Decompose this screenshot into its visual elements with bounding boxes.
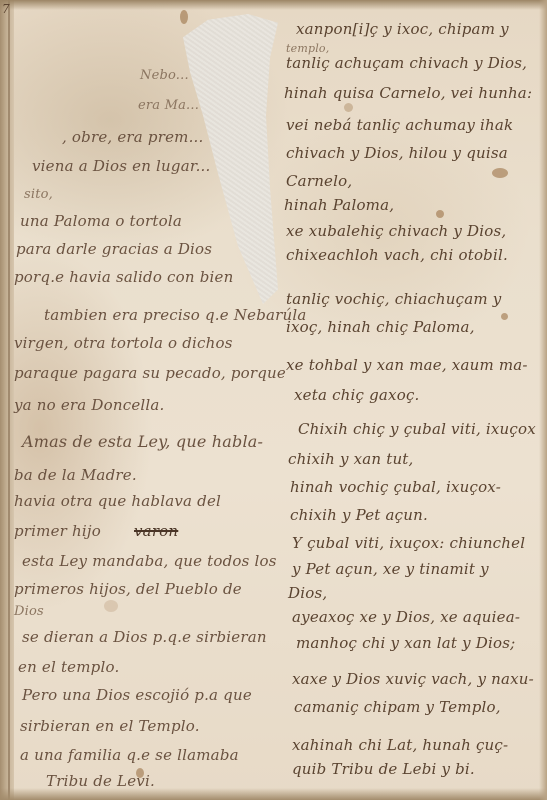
spanish-line: ba de la Madre. <box>14 466 137 484</box>
kaqchikel-line: tanliç vochiç, chiachuçam y <box>286 290 501 308</box>
spanish-line: primer hijo <box>14 522 101 540</box>
kaqchikel-line: Carnelo, <box>286 172 352 190</box>
spanish-line: esta Ley mandaba, que todos los <box>22 552 277 570</box>
kaqchikel-line: y Pet açun, xe y tinamit y <box>292 560 489 578</box>
kaqchikel-line: chivach y Dios, hilou y quisa <box>286 144 508 162</box>
ink-stain <box>492 168 508 178</box>
top-edge <box>0 0 547 10</box>
kaqchikel-line: ayeaxoç xe y Dios, xe aquiea- <box>292 608 520 626</box>
spanish-line: para darle gracias a Dios <box>16 240 212 258</box>
spanish-line: Pero una Dios escojió p.a que <box>22 686 252 704</box>
spanish-line: a una familia q.e se llamaba <box>20 746 239 764</box>
folio-number: 7 <box>2 2 10 16</box>
ink-stain <box>436 210 444 218</box>
kaqchikel-line: chixeachloh vach, chi otobil. <box>286 246 508 264</box>
kaqchikel-line: xe tohbal y xan mae, xaum ma- <box>286 356 528 374</box>
kaqchikel-line: hinah vochiç çubal, ixuçox- <box>290 478 501 496</box>
spanish-line: , obre, era prem... <box>62 128 204 146</box>
ink-stain <box>180 10 188 24</box>
binding-line <box>8 0 10 800</box>
spanish-line: primeros hijos, del Pueblo de <box>14 580 242 598</box>
spanish-line: en el templo. <box>18 658 119 676</box>
ink-stain <box>344 103 353 112</box>
binding-edge <box>0 0 14 800</box>
spanish-line: era Ma... <box>138 98 199 113</box>
spanish-line: viena a Dios en lugar... <box>32 157 211 175</box>
spanish-line: sirbieran en el Templo. <box>20 717 200 735</box>
ink-stain <box>501 313 508 320</box>
spanish-line: sito, <box>24 187 53 202</box>
spanish-line: Dios <box>14 604 44 619</box>
kaqchikel-line: chixih y xan tut, <box>288 450 414 468</box>
kaqchikel-line: ixoç, hinah chiç Paloma, <box>286 318 475 336</box>
kaqchikel-line: hinah quisa Carnelo, vei hunha: <box>284 84 532 102</box>
spanish-line: Nebo... <box>140 68 189 83</box>
spanish-line: Tribu de Levi. <box>46 772 155 790</box>
spanish-line: virgen, otra tortola o dichos <box>14 334 233 352</box>
kaqchikel-line: manhoç chi y xan lat y Dios; <box>296 634 515 652</box>
spanish-line: porq.e havia salido con bien <box>14 268 233 286</box>
kaqchikel-line: xe xubalehiç chivach y Dios, <box>286 222 506 240</box>
kaqchikel-line: Y çubal viti, ixuçox: chiunchel <box>292 534 525 552</box>
spanish-line: tambien era preciso q.e Nebarúla <box>44 306 307 324</box>
ink-stain <box>104 600 118 612</box>
spanish-line: paraque pagara su pecado, porque <box>14 364 286 382</box>
right-edge <box>539 0 547 800</box>
struck-word: varon <box>134 522 178 540</box>
spanish-line: Amas de esta Ley, que habla- <box>22 432 263 451</box>
kaqchikel-line: hinah Paloma, <box>284 196 394 214</box>
kaqchikel-line: camaniç chipam y Templo, <box>294 698 501 716</box>
spanish-line: se dieran a Dios p.q.e sirbieran <box>22 628 267 646</box>
kaqchikel-line: chixih y Pet açun. <box>290 506 428 524</box>
kaqchikel-line: xahinah chi Lat, hunah çuç- <box>292 736 508 754</box>
spanish-line: una Paloma o tortola <box>20 212 182 230</box>
kaqchikel-line: Dios, <box>288 584 327 602</box>
kaqchikel-line: xaxe y Dios xuviç vach, y naxu- <box>292 670 534 688</box>
spanish-line: ya no era Doncella. <box>14 396 165 414</box>
kaqchikel-line: tanliç achuçam chivach y Dios, <box>286 54 527 72</box>
kaqchikel-line: xeta chiç gaxoç. <box>294 386 420 404</box>
spanish-line: havia otra que hablava del <box>14 492 221 510</box>
kaqchikel-line: vei nebá tanliç achumay ihak <box>286 116 513 134</box>
manuscript-page: 7 Nebo... era Ma... , obre, era prem... … <box>0 0 547 800</box>
kaqchikel-line: Chixih chiç y çubal viti, ixuçox <box>298 420 536 438</box>
kaqchikel-line: quib Tribu de Lebi y bi. <box>292 760 475 778</box>
kaqchikel-line: xanpon[i]ç y ixoc, chipam y <box>296 20 509 38</box>
